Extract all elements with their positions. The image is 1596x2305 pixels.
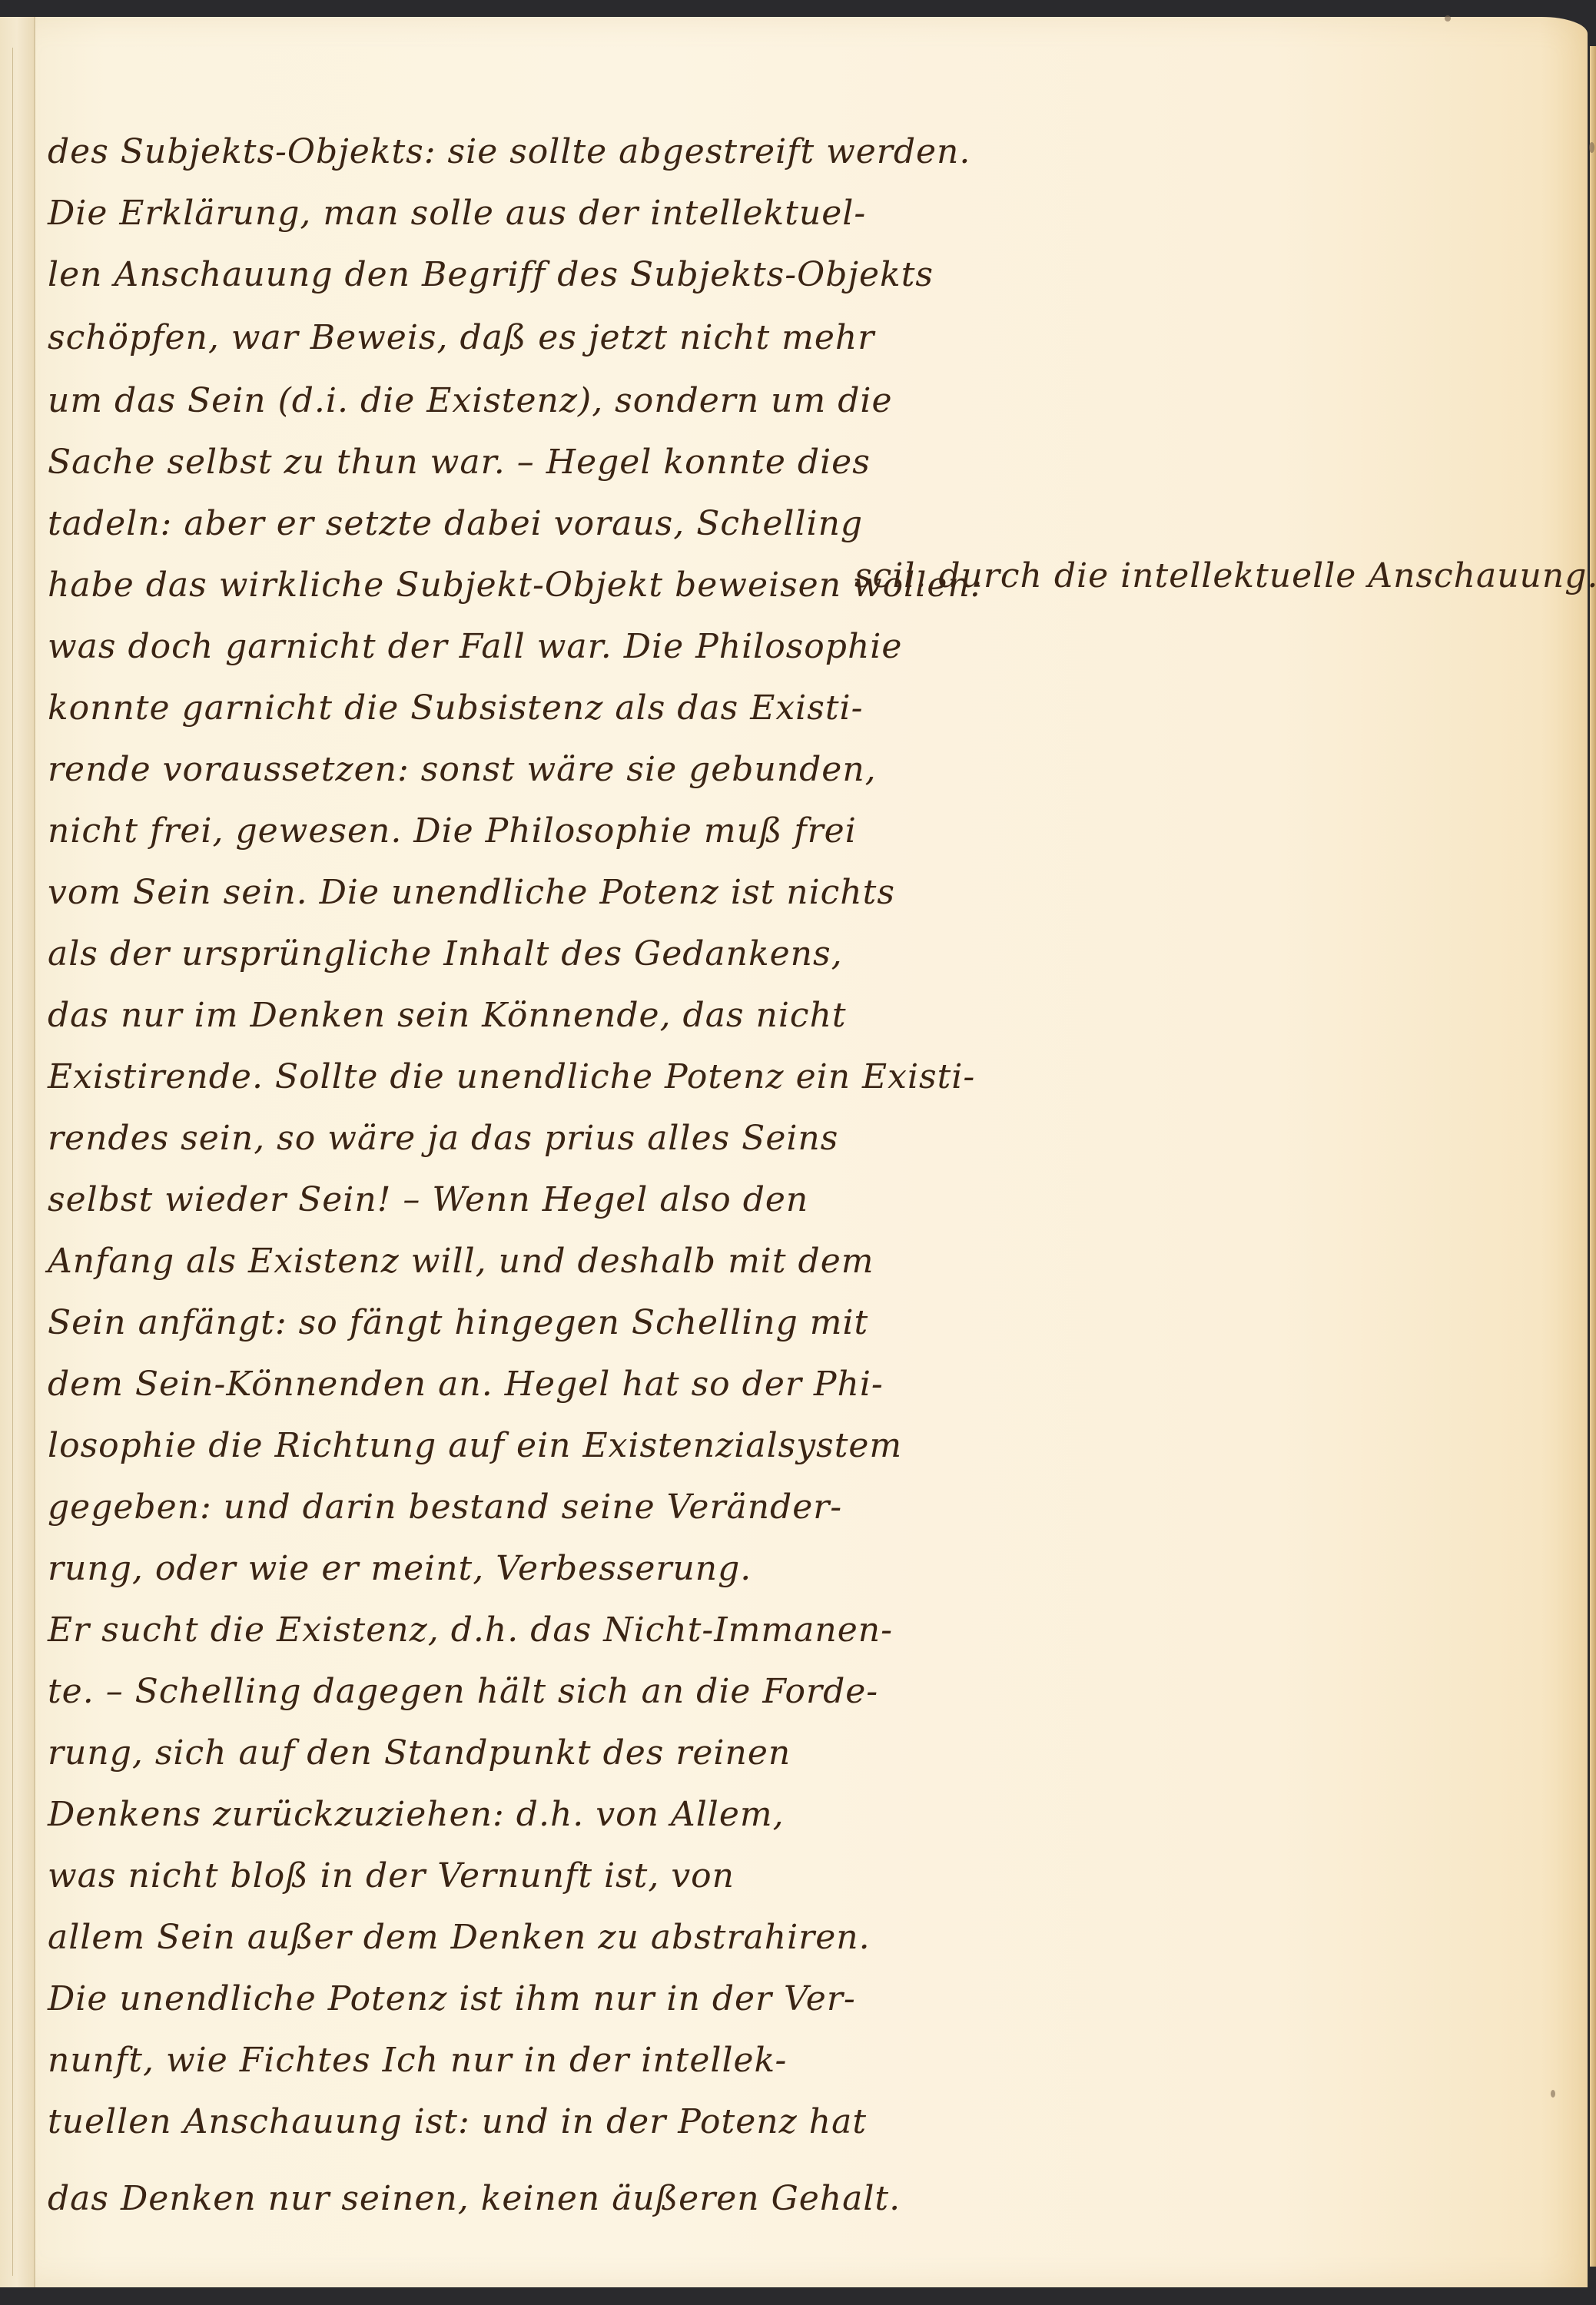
text-line: len Anschauung den Begriff des Subjekts-… (48, 258, 934, 292)
text-line: rendes sein, so wäre ja das prius alles … (48, 1122, 838, 1156)
text-line: konnte garnicht die Subsistenz als das E… (48, 691, 863, 725)
margin-note: scil. durch die intellektuelle Anschauun… (854, 559, 1596, 593)
text-line: rung, oder wie er meint, Verbesserung. (48, 1552, 752, 1586)
text-line: Sache selbst zu thun war. – Hegel konnte… (48, 446, 871, 479)
text-line: Die Erklärung, man solle aus der intelle… (48, 197, 866, 230)
text-line: was doch garnicht der Fall war. Die Phil… (48, 630, 902, 664)
text-line: Existirende. Sollte die unendliche Poten… (48, 1060, 975, 1094)
text-line: Die unendliche Potenz ist ihm nur in der… (48, 1982, 856, 2016)
text-line: vom Sein sein. Die unendliche Potenz ist… (48, 876, 895, 910)
text-line: tuellen Anschauung ist: und in der Poten… (48, 2105, 867, 2139)
text-line: te. – Schelling dagegen hält sich an die… (48, 1675, 878, 1709)
text-line: rende voraussetzen: sonst wäre sie gebun… (48, 753, 877, 787)
text-line: des Subjekts-Objekts: sie sollte abgestr… (48, 135, 971, 169)
text-line: allem Sein außer dem Denken zu abstrahir… (48, 1921, 871, 1955)
text-line: Er sucht die Existenz, d.h. das Nicht-Im… (48, 1613, 893, 1647)
text-line: Anfang als Existenz will, und deshalb mi… (48, 1245, 874, 1279)
text-line: tadeln: aber er setzte dabei voraus, Sch… (48, 507, 863, 541)
text-line: das nur im Denken sein Könnende, das nic… (48, 999, 847, 1033)
text-line: Denkens zurückzuziehen: d.h. von Allem, (48, 1798, 785, 1832)
text-line: das Denken nur seinen, keinen äußeren Ge… (48, 2182, 901, 2216)
text-line: als der ursprüngliche Inhalt des Gedanke… (48, 937, 843, 971)
text-line: selbst wieder Sein! – Wenn Hegel also de… (48, 1183, 808, 1217)
text-line: dem Sein-Könnenden an. Hegel hat so der … (48, 1368, 884, 1401)
main-text-block: des Subjekts-Objekts: sie sollte abgestr… (0, 0, 1596, 2305)
text-line: was nicht bloß in der Vernunft ist, von (48, 1859, 735, 1893)
text-line: gegeben: und darin bestand seine Verände… (48, 1491, 842, 1524)
text-line: Sein anfängt: so fängt hingegen Schellin… (48, 1306, 868, 1340)
text-line: losophie die Richtung auf ein Existenzia… (48, 1429, 902, 1463)
text-line: schöpfen, war Beweis, daß es jetzt nicht… (48, 321, 874, 355)
text-line: rung, sich auf den Standpunkt des reinen (48, 1736, 791, 1770)
text-line: um das Sein (d.i. die Existenz), sondern… (48, 384, 892, 418)
text-line: nicht frei, gewesen. Die Philosophie muß… (48, 814, 857, 848)
text-line: nunft, wie Fichtes Ich nur in der intell… (48, 2044, 787, 2078)
text-line: habe das wirkliche Subjekt-Objekt beweis… (48, 569, 983, 602)
